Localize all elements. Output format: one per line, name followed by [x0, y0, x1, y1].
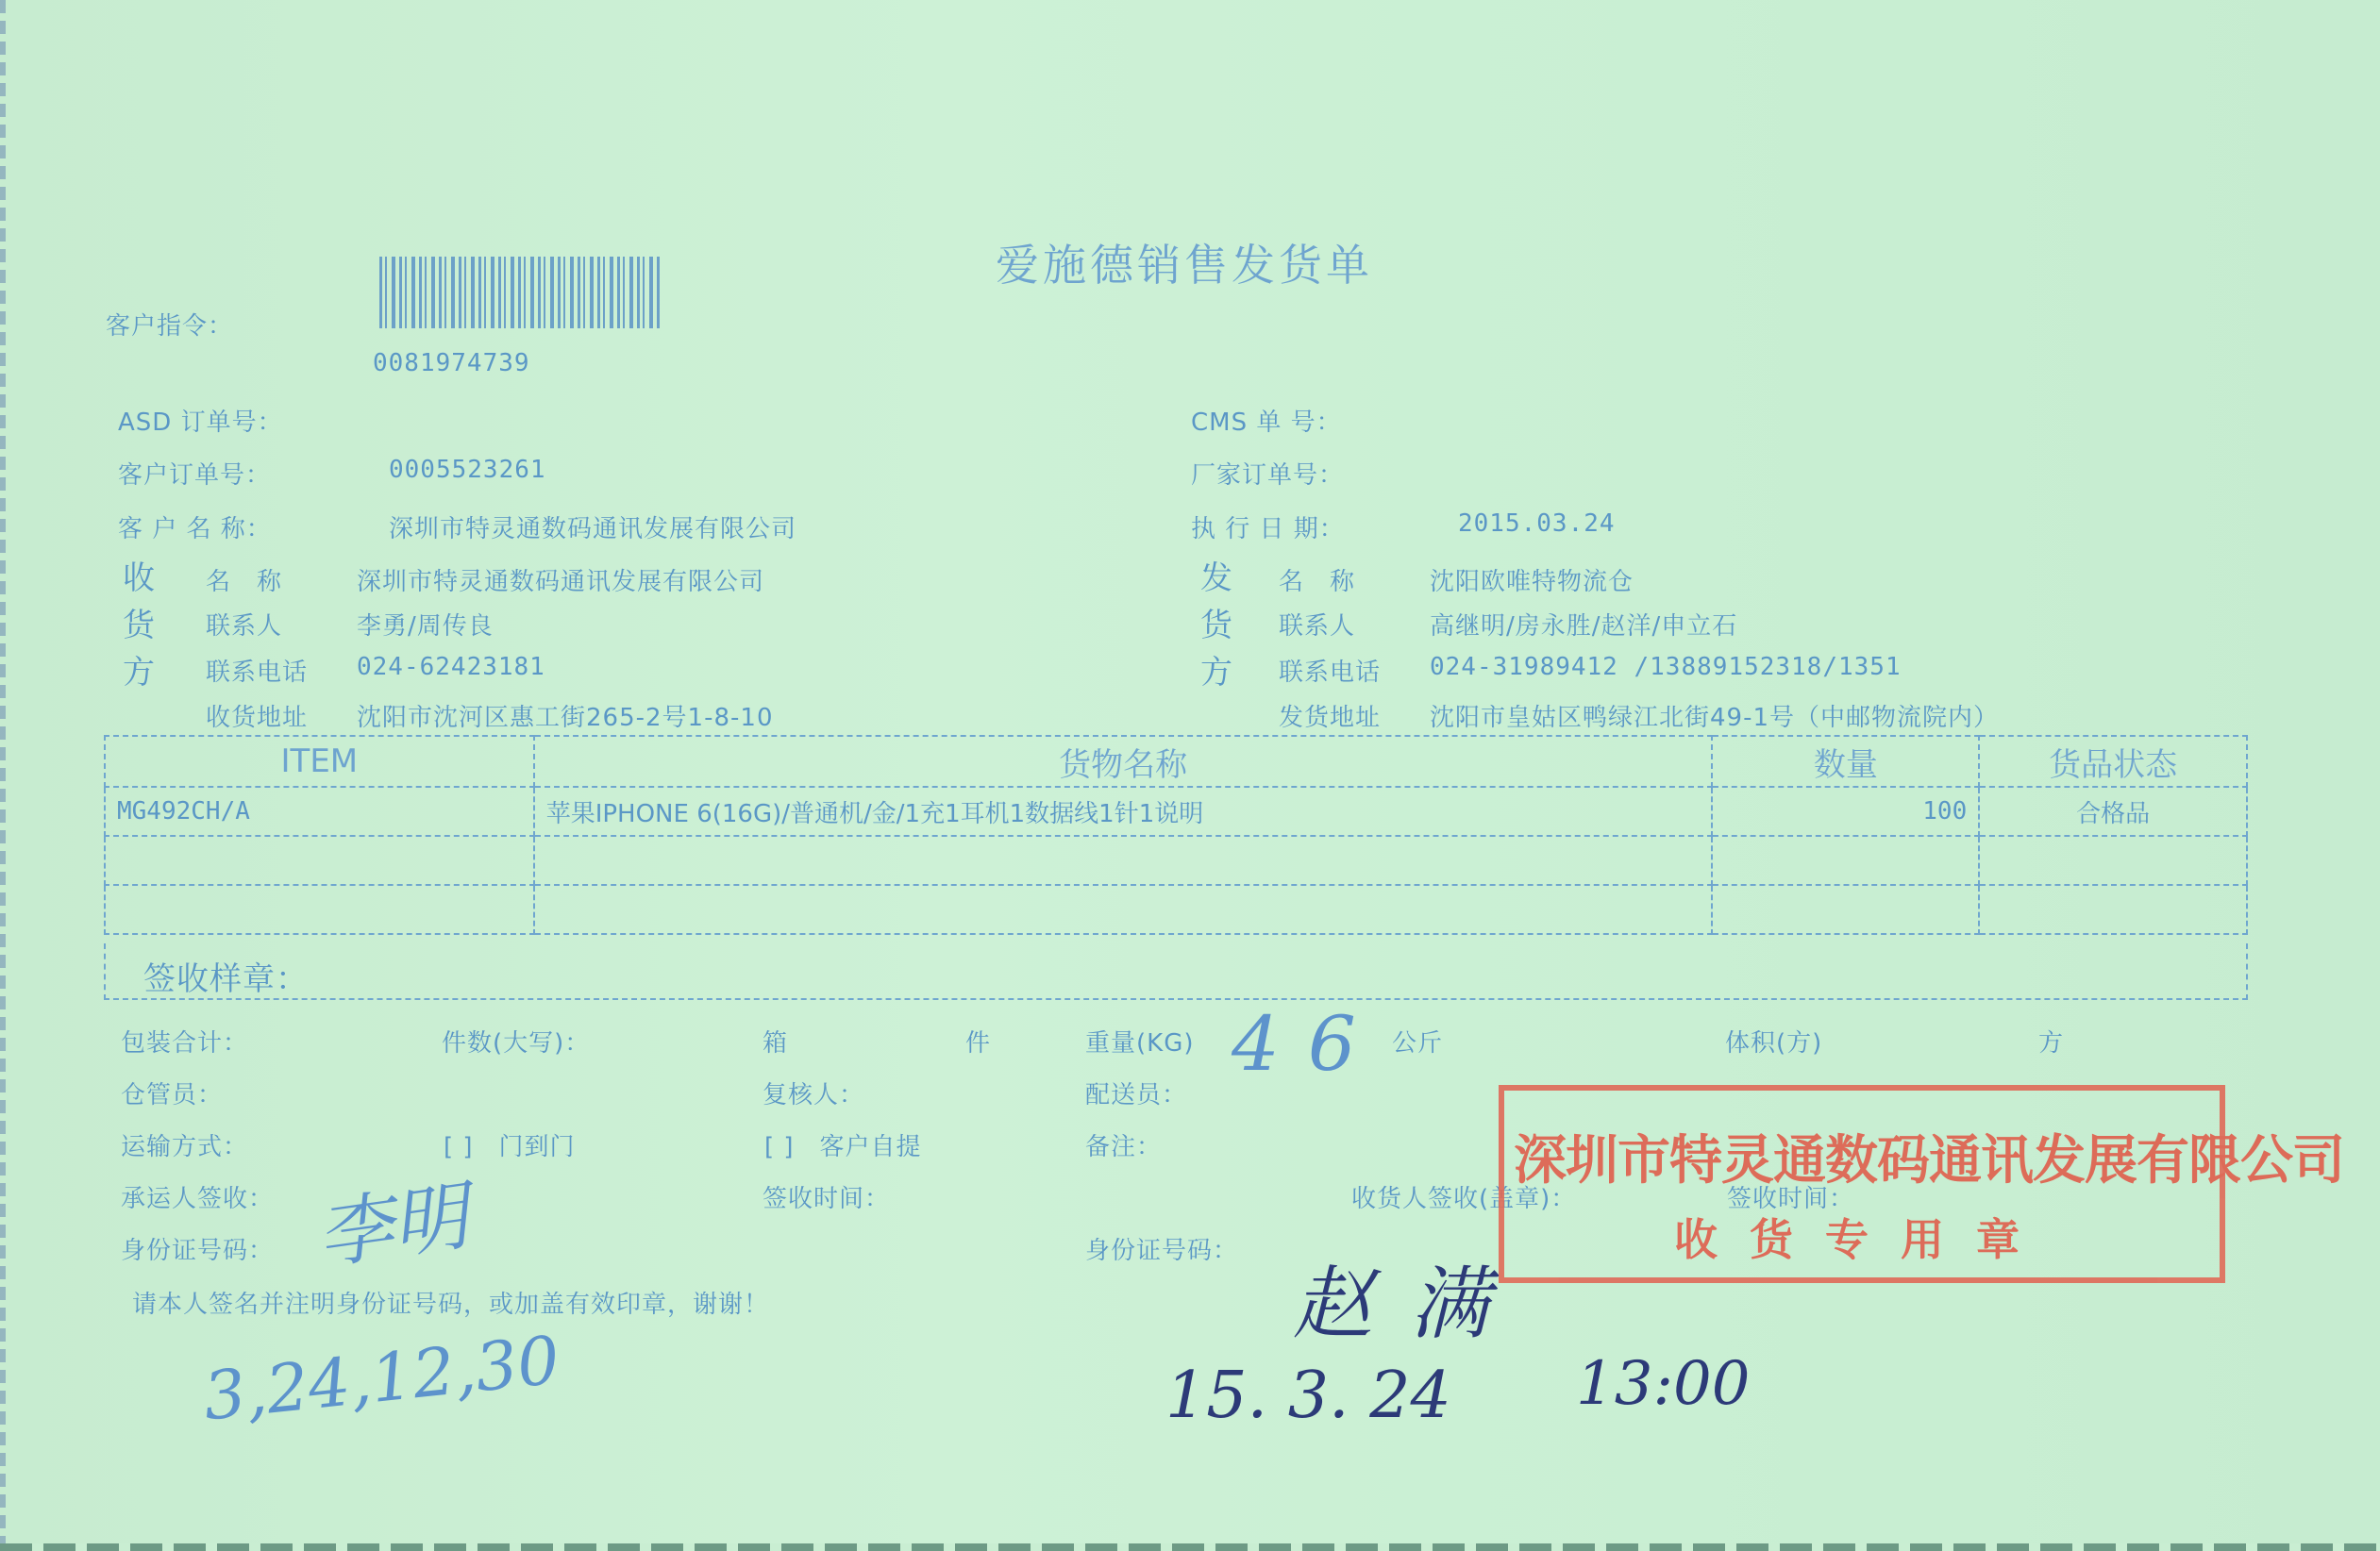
header-quantity: 数量 [1712, 736, 1979, 787]
receiver-phone-label: 联系电话 [206, 653, 308, 688]
volume-unit: 方 [2038, 1024, 2064, 1059]
table-row [105, 836, 2247, 885]
vendor-order-label: 厂家订单号： [1191, 456, 1344, 491]
receiver-contact-value: 李勇/周传良 [357, 607, 494, 642]
package-total-label: 包装合计： [121, 1024, 248, 1059]
document-title: 爱施德销售发货单 [996, 231, 1373, 293]
barcode [379, 257, 662, 328]
pieces-upper-label: 件数(大写)： [442, 1024, 590, 1059]
cell-item: MG492CH/A [105, 787, 534, 836]
option-door-to-door[interactable]: [ ] 门到门 [444, 1127, 576, 1162]
dispatcher-label: 配送员： [1085, 1076, 1187, 1110]
cell-goods-name [534, 836, 1713, 885]
weight-value: 46 [1232, 1000, 1384, 1088]
sign-sample-row: 签收样章： [104, 943, 2248, 1000]
customer-order-value: 0005523261 [389, 456, 546, 484]
perforated-edge-bottom [0, 1543, 2380, 1551]
id-number-label-left: 身份证号码： [121, 1231, 274, 1266]
exec-date-label: 执 行 日 期： [1191, 509, 1345, 544]
receiver-handwritten-time: 13:00 [1576, 1349, 1750, 1419]
option-customer-pickup[interactable]: [ ] 客户自提 [764, 1127, 922, 1162]
remarks-label: 备注： [1085, 1127, 1162, 1162]
receiver-contact-label: 联系人 [206, 607, 282, 642]
receiver-signature: 赵满 [1293, 1241, 1527, 1355]
cell-item [105, 836, 534, 885]
exec-date-value: 2015.03.24 [1458, 509, 1616, 538]
customer-instruction-number: 0081974739 [373, 349, 530, 377]
volume-label: 体积(方) [1725, 1024, 1822, 1059]
checker-label: 复核人： [763, 1076, 864, 1110]
asd-order-label: ASD 订单号： [118, 403, 283, 438]
shipper-contact-label: 联系人 [1279, 607, 1355, 642]
cell-status [1979, 885, 2247, 934]
stamp-purpose: 收货专用章 [1674, 1206, 2052, 1268]
receiver-side-char-1: 收 [123, 552, 156, 598]
perforated-edge-left [0, 0, 6, 1551]
piece-label: 件 [965, 1024, 991, 1059]
cell-quantity: 100 [1712, 787, 1979, 836]
receipt-stamp: 深圳市特灵通数码通讯发展有限公司 收货专用章 [1499, 1085, 2225, 1283]
shipper-name-label: 名 称 [1279, 562, 1355, 597]
shipper-phone-value: 024-31989412 /13889152318/1351 [1430, 653, 1902, 681]
cell-goods-name [534, 885, 1713, 934]
carrier-sign-label: 承运人签收： [121, 1179, 274, 1214]
notice-text: 请本人签名并注明身份证号码，或加盖有效印章，谢谢！ [132, 1285, 769, 1320]
table-row [105, 885, 2247, 934]
id-number-label-right: 身份证号码： [1085, 1231, 1238, 1266]
transport-label: 运输方式： [121, 1127, 248, 1162]
items-table-header: ITEM 货物名称 数量 货品状态 [105, 736, 2247, 787]
receiver-name-label: 名 称 [206, 562, 282, 597]
header-item: ITEM [105, 736, 534, 787]
sign-sample-label: 签收样章： [143, 953, 309, 999]
warehouse-keeper-label: 仓管员： [121, 1076, 223, 1110]
receiver-address-value: 沈阳市沈河区惠工街265-2号1-8-10 [357, 698, 773, 733]
shipper-phone-label: 联系电话 [1279, 653, 1381, 688]
shipper-address-value: 沈阳市皇姑区鸭绿江北街49-1号（中邮物流院内） [1430, 698, 1999, 733]
customer-instruction-label: 客户指令： [106, 307, 233, 342]
sign-time-label: 签收时间： [763, 1179, 890, 1214]
stamp-company: 深圳市特灵通数码通讯发展有限公司 [1514, 1119, 2344, 1194]
weight-label: 重量(KG) [1085, 1024, 1195, 1059]
receiver-name-value: 深圳市特灵通数码通讯发展有限公司 [357, 562, 764, 597]
cell-goods-name: 苹果IPHONE 6(16G)/普通机/金/1充1耳机1数据线1针1说明 [534, 787, 1713, 836]
box-label: 箱 [763, 1024, 788, 1059]
cell-status [1979, 836, 2247, 885]
cell-quantity [1712, 836, 1979, 885]
receiver-side-char-3: 方 [123, 646, 156, 692]
receiver-side-char-2: 货 [123, 599, 156, 645]
shipper-name-value: 沈阳欧唯特物流仓 [1430, 562, 1634, 597]
header-status: 货品状态 [1979, 736, 2247, 787]
shipper-contact-value: 高继明/房永胜/赵洋/申立石 [1430, 607, 1737, 642]
carrier-signature: 李明 [310, 1155, 474, 1283]
customer-name-value: 深圳市特灵通数码通讯发展有限公司 [389, 509, 796, 544]
table-row: MG492CH/A 苹果IPHONE 6(16G)/普通机/金/1充1耳机1数据… [105, 787, 2247, 836]
shipper-side-char-2: 货 [1200, 599, 1233, 645]
shipper-address-label: 发货地址 [1279, 698, 1381, 733]
cms-label: CMS 单 号： [1191, 403, 1342, 438]
cell-quantity [1712, 885, 1979, 934]
receiver-phone-value: 024-62423181 [357, 653, 545, 681]
customer-order-label: 客户订单号： [118, 456, 271, 491]
cell-status: 合格品 [1979, 787, 2247, 836]
customer-name-label: 客 户 名 称： [118, 509, 272, 544]
items-table: ITEM 货物名称 数量 货品状态 MG492CH/A 苹果IPHONE 6(1… [104, 735, 2248, 935]
kg-unit: 公斤 [1392, 1024, 1443, 1059]
shipper-side-char-3: 方 [1200, 646, 1233, 692]
receiver-address-label: 收货地址 [206, 698, 308, 733]
cell-item [105, 885, 534, 934]
shipper-side-char-1: 发 [1200, 552, 1233, 598]
header-goods-name: 货物名称 [534, 736, 1713, 787]
receiver-handwritten-date: 15. 3. 24 [1165, 1359, 1451, 1433]
